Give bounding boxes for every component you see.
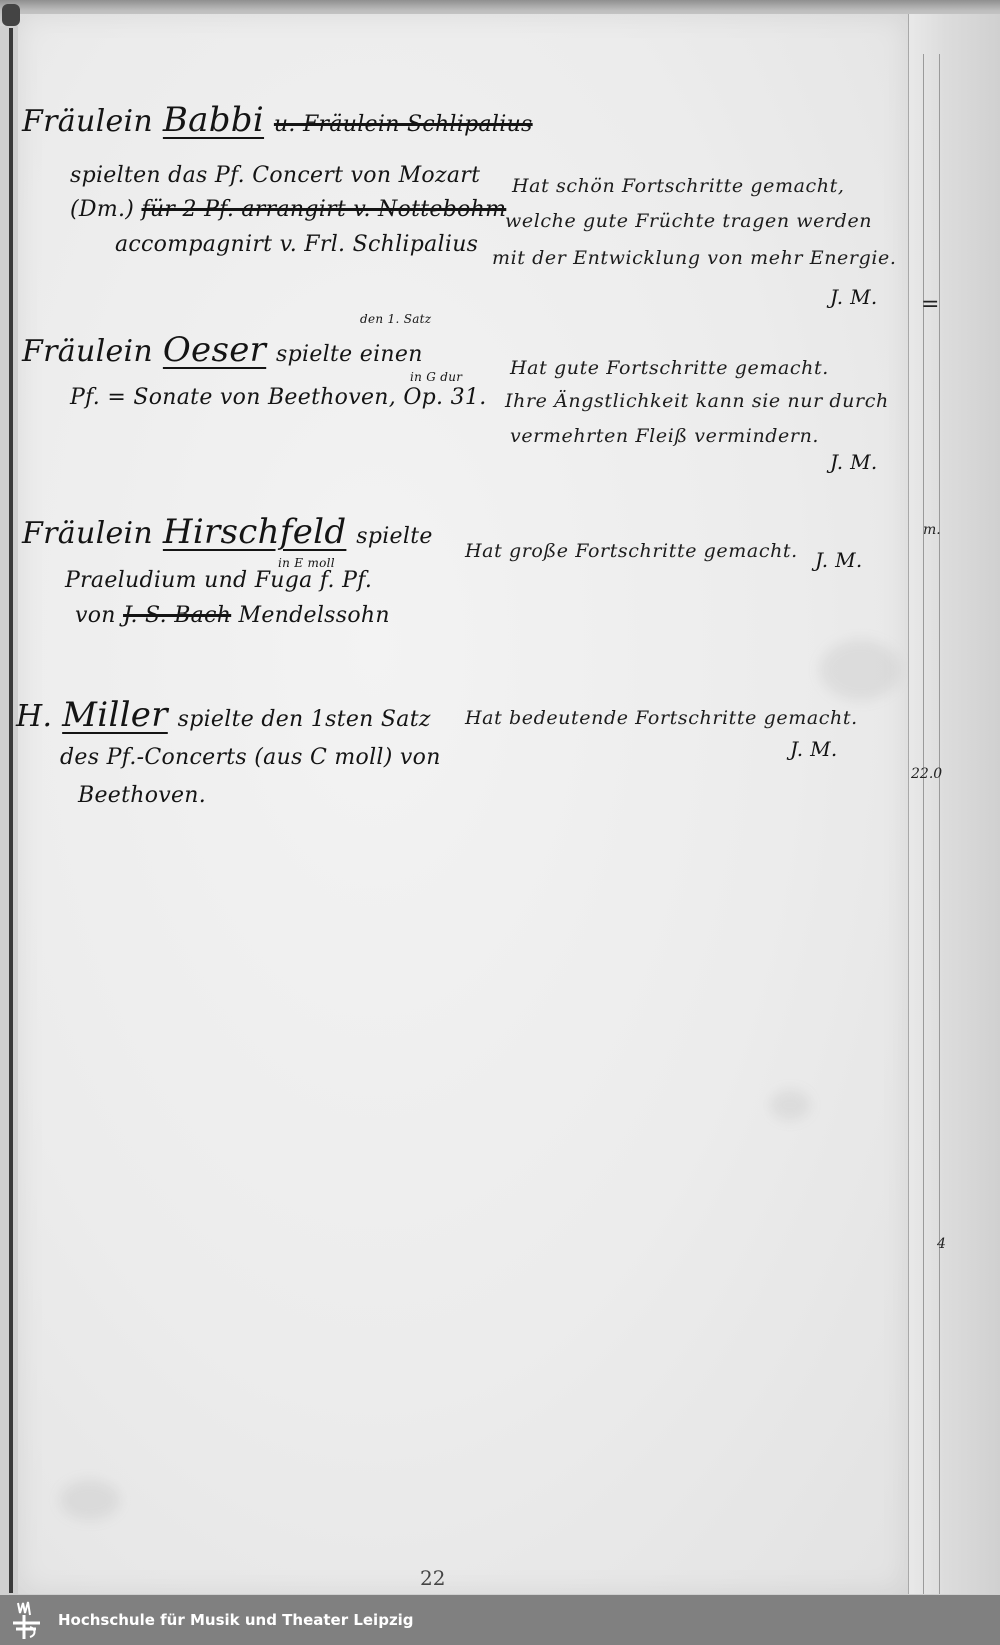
performer-prefix: Fräulein [22,334,153,369]
entry-line: (Dm.) für 2 Pf. arrangirt v. Nottebohm [70,197,506,222]
performer-prefix: H. [16,699,52,734]
performer-prefix: Fräulein [22,516,153,551]
entry-line: Pf. = Sonate von Beethoven, Op. 31. [70,385,487,410]
margin-mark: 4 [937,1236,946,1252]
entry-word: von [75,603,116,628]
hmt-logo-icon [10,1599,44,1641]
paper-stain [820,640,900,700]
margin-mark: = [921,292,939,317]
signature: J. M. [815,548,863,572]
performer-name: Miller [62,695,168,735]
insertion-note: in G dur [410,370,462,384]
entry-line: des Pf.-Concerts (aus C moll) von [60,745,441,770]
performer-prefix: Fräulein [22,104,153,139]
entry-heading: H. Miller spielte den 1sten Satz [16,695,431,735]
struck-addition: u. Fräulein Schlipalius [274,112,533,137]
adjacent-page-edge: = m. 22.0 4 [908,14,1000,1594]
remark-line: Hat gute Fortschritte gemacht. [510,357,829,379]
footer-bar: Hochschule für Musik und Theater Leipzig [0,1595,1000,1645]
remark-line: Hat bedeutende Fortschritte gemacht. [465,707,858,729]
remark-line: welche gute Früchte tragen werden [505,210,872,232]
insertion-note: den 1. Satz [360,312,431,326]
entry-line: Beethoven. [78,783,206,808]
signature: J. M. [830,450,878,474]
remark-line: mit der Entwicklung von mehr Energie. [492,247,897,269]
remark-line: Ihre Ängstlichkeit kann sie nur durch [505,390,889,412]
composer-name: Mendelssohn [239,603,390,628]
institution-name: Hochschule für Musik und Theater Leipzig [58,1611,414,1629]
struck-text: für 2 Pf. arrangirt v. Nottebohm [141,197,506,222]
signature: J. M. [790,737,838,761]
remark-line: Hat große Fortschritte gemacht. [465,540,798,562]
entry-line: accompagnirt v. Frl. Schlipalius [115,232,478,257]
entry-heading: Fräulein Babbi u. Fräulein Schlipalius [22,100,533,140]
entry-line: spielte [356,524,432,549]
entry-line: spielte einen [276,342,423,367]
performer-name: Oeser [163,330,266,370]
performer-name: Babbi [163,100,264,140]
key-text: (Dm.) [70,197,134,222]
entry-line: spielten das Pf. Concert von Mozart [70,163,480,188]
binding-knob [2,4,20,26]
page-number: 22 [420,1566,445,1590]
manuscript-scan: = m. 22.0 4 Fräulein Babbi u. Fräulein S… [0,0,1000,1595]
signature: J. M. [830,285,878,309]
page-rule [939,54,940,1594]
remark-line: vermehrten Fleiß vermindern. [510,425,819,447]
binding-margin-line [9,28,13,1593]
margin-mark: 22.0 [911,766,942,782]
remark-line: Hat schön Fortschritte gemacht, [512,175,844,197]
performer-name: Hirschfeld [163,512,347,552]
entry-heading: Fräulein Hirschfeld spielte [22,512,433,552]
entry-line: von J. S. Bach Mendelssohn [75,603,390,628]
entry-heading: Fräulein Oeser spielte einen [22,330,423,370]
paper-stain [770,1090,810,1120]
margin-mark: m. [923,522,941,538]
entry-line: Praeludium und Fuga f. Pf. [65,568,372,593]
entry-line: spielte den 1sten Satz [178,707,431,732]
page-rule [923,54,924,1594]
struck-text: J. S. Bach [123,603,231,628]
paper-stain [60,1480,120,1520]
